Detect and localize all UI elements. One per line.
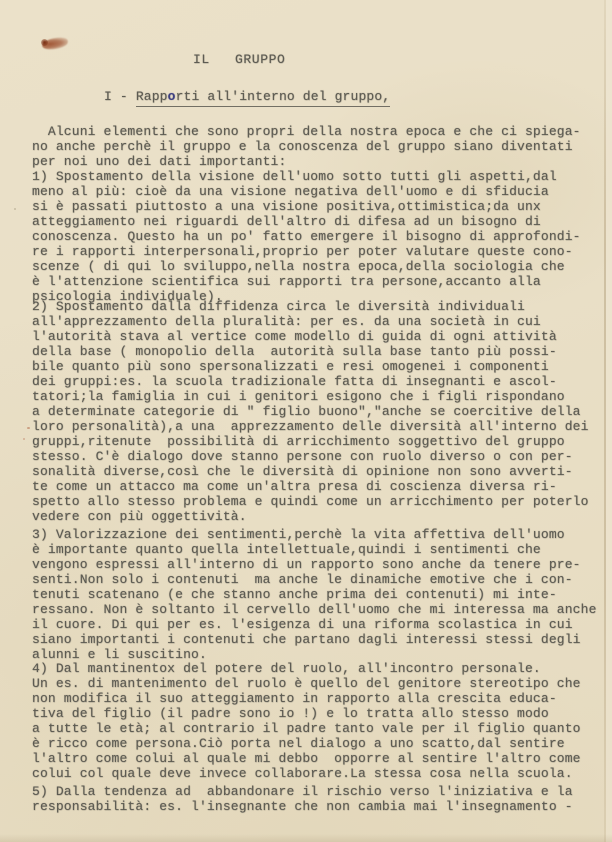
paper-bottom-shadow: [0, 834, 612, 842]
section-heading: I - Rapporti all'interno del gruppo,: [104, 89, 390, 104]
ink-speck: [27, 427, 30, 429]
paper-right-edge: [606, 0, 612, 842]
section-heading-underlined: Rapporti all'interno del gruppo,: [136, 89, 390, 107]
paragraph-point-3: 3) Valorizzazione dei sentimenti,perchè …: [32, 527, 597, 662]
paragraph-point-2: 2) Spostamento dalla diffidenza circa le…: [32, 299, 589, 524]
ink-correction-char: o: [168, 89, 176, 104]
rust-stain-spot: [41, 39, 48, 46]
scanned-typewritten-page: IL GRUPPO I - Rapporti all'interno del g…: [0, 0, 612, 842]
paragraph-point-5: 5) Dalla tendenza ad abbandonare il risc…: [32, 784, 573, 814]
paper-edge-crease: [604, 0, 606, 842]
heading-text-start: Rapp: [136, 89, 168, 104]
ink-speck: [23, 438, 25, 440]
page-title: IL GRUPPO: [193, 52, 285, 67]
section-number: I -: [104, 89, 136, 104]
paragraph-intro-and-point-1: Alcuni elementi che sono propri della no…: [32, 124, 581, 304]
ink-speck: [14, 208, 16, 210]
heading-text-rest: rti all'interno del gruppo,: [176, 89, 391, 104]
paragraph-point-4: 4) Dal mantinentox del potere del ruolo,…: [32, 661, 581, 781]
